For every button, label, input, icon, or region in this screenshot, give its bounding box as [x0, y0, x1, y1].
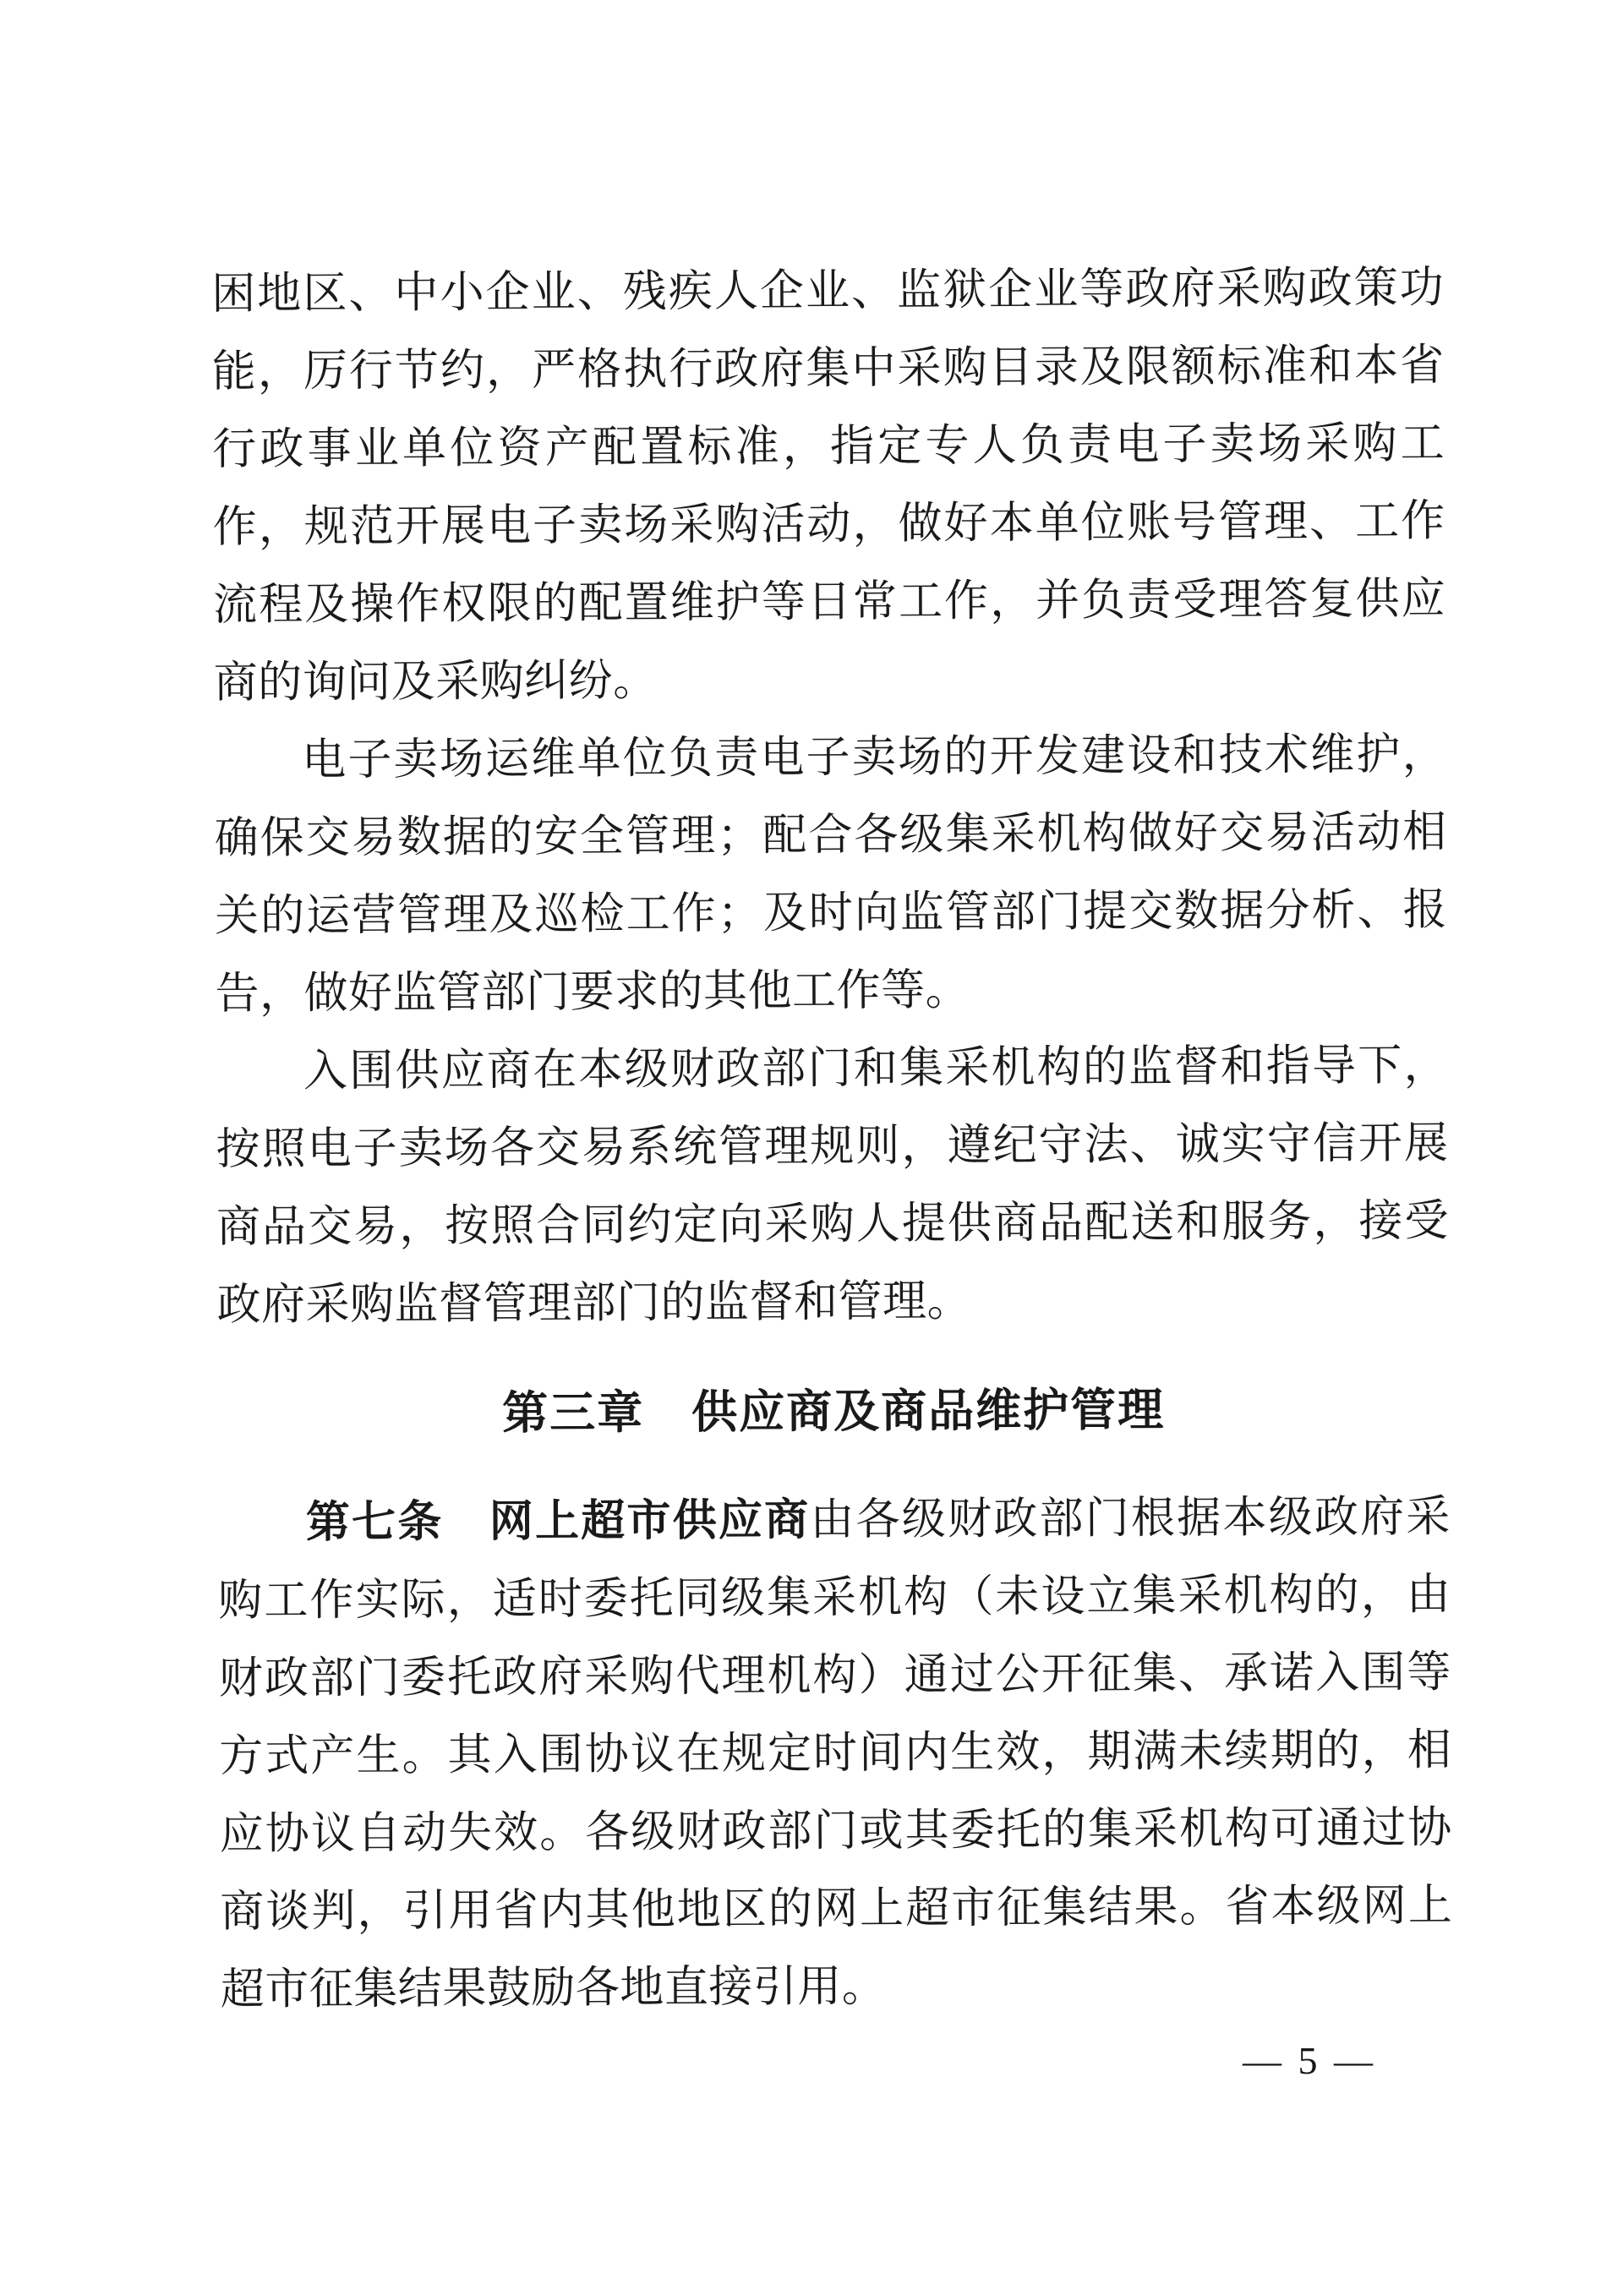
document-body: 困地区、中小企业、残疾人企业、监狱企业等政府采购政策功能，厉行节约，严格执行政府… [211, 249, 1453, 2030]
body-paragraph: 困地区、中小企业、残疾人企业、监狱企业等政府采购政策功能，厉行节约，严格执行政府… [211, 249, 1446, 723]
body-paragraph: 入围供应商在本级财政部门和集采机构的监督和指导下，按照电子卖场各交易系统管理规则… [216, 1027, 1450, 1345]
article-text: 由各级财政部门根据本级政府采购工作实际，适时委托同级集采机构（未设立集采机构的，… [218, 1493, 1452, 2014]
article-paragraph: 第七条 网上超市供应商由各级财政部门根据本级政府采购工作实际，适时委托同级集采机… [218, 1478, 1453, 2030]
document-page: 困地区、中小企业、残疾人企业、监狱企业等政府采购政策功能，厉行节约，严格执行政府… [0, 0, 1623, 2296]
page-number: — 5 — [1243, 2039, 1376, 2083]
article-label: 第七条 网上超市供应商 [306, 1495, 811, 1547]
body-paragraph: 电子卖场运维单位负责电子卖场的开发建设和技术维护，确保交易数据的安全管理；配合各… [214, 716, 1448, 1034]
chapter-heading: 第三章 供应商及商品维护管理 [217, 1369, 1450, 1454]
